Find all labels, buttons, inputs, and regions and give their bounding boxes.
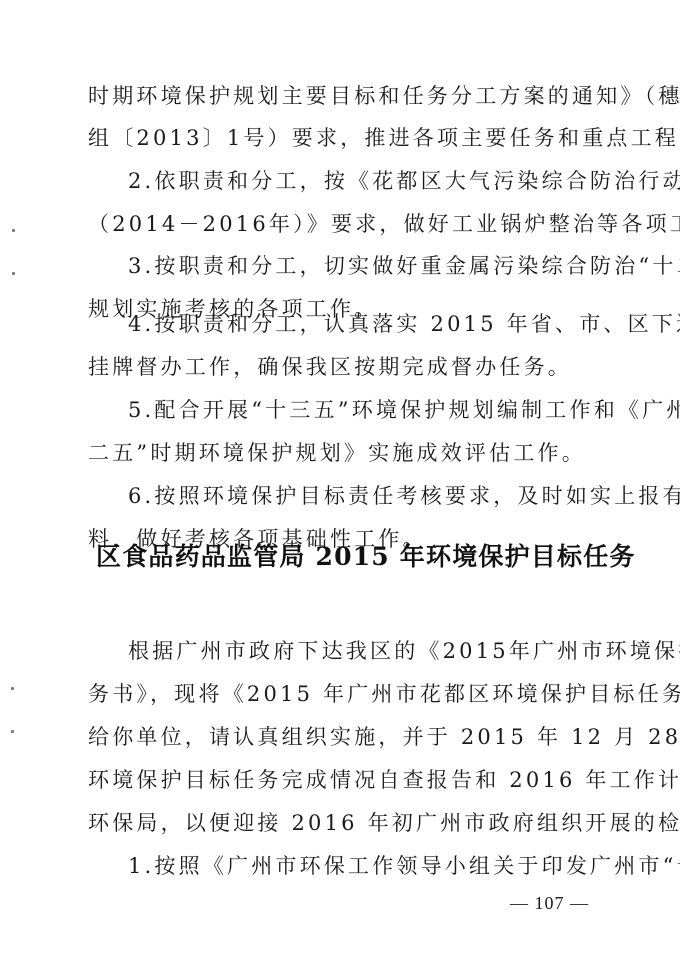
text-line: 务书》，现将《2015 年广州市花都区环境保护目标任务书》下达 (88, 680, 600, 708)
text-line: 6.按照环境保护目标责任考核要求，及时如实上报有关材 (128, 482, 600, 510)
page-number: — 107 — (510, 892, 589, 914)
text-line: 组〔2013〕1号）要求，推进各项主要任务和重点工程的实施。 (88, 124, 600, 152)
text-line: 1.按照《广州市环保工作领导小组关于印发广州市“十二五” (128, 852, 600, 880)
text-line: 环境保护目标任务完成情况自查报告和 2016 年工作计划报送区 (88, 766, 600, 794)
text-line: 时期环境保护规划主要目标和任务分工方案的通知》（穗环领导小 (88, 82, 600, 110)
document-page: 时期环境保护规划主要目标和任务分工方案的通知》（穗环领导小 组〔2013〕1号）… (0, 0, 680, 962)
text-line: 二五”时期环境保护规划》实施成效评估工作。 (88, 439, 600, 467)
text-line: 根据广州市政府下达我区的《2015年广州市环境保护目标任 (128, 637, 600, 665)
section-title: 区食品药品监管局 2015 年环境保护目标任务 (96, 540, 636, 574)
binding-mark (11, 687, 14, 690)
text-line: 挂牌督办工作，确保我区按期完成督办任务。 (88, 353, 600, 381)
text-line: 4.按职责和分工，认真落实 2015 年省、市、区下达的环保 (128, 310, 600, 338)
text-line: （2014－2016年）》要求，做好工业锅炉整治等各项工作。 (88, 210, 600, 238)
binding-mark (12, 272, 15, 275)
text-line: 3.按职责和分工，切实做好重金属污染综合防治“十二五” (128, 252, 600, 280)
binding-mark (12, 229, 15, 232)
text-line: 环保局，以便迎接 2016 年初广州市政府组织开展的检查考评。 (88, 809, 600, 837)
text-line: 2.依职责和分工，按《花都区大气污染综合防治行动方案 (128, 167, 600, 195)
text-line: 给你单位，请认真组织实施，并于 2015 年 12 月 28 日前将本年度 (88, 723, 600, 751)
text-line: 5.配合开展“十三五”环境保护规划编制工作和《广州“十 (128, 396, 600, 424)
binding-mark (11, 730, 14, 733)
